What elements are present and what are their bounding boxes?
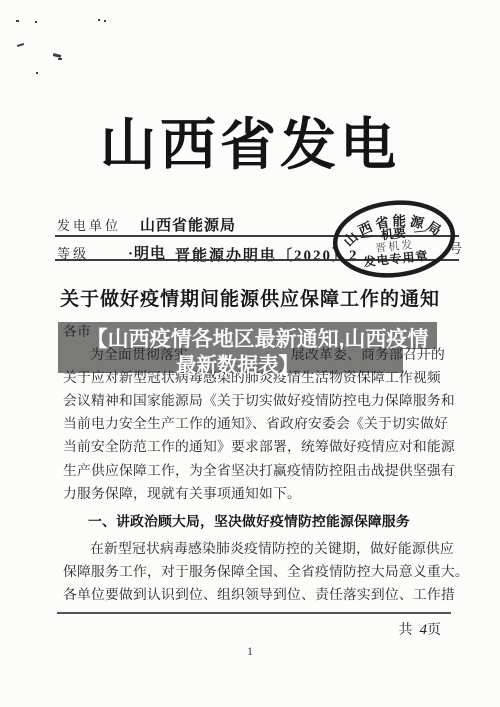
section-heading: 一、讲政治顾大局，坚决做好疫情防控能源保障服务 <box>63 510 445 533</box>
page-number: 1 <box>0 644 500 659</box>
document-title: 山西省发电 <box>0 101 500 181</box>
official-stamp: 山西省能源局 — 机要 — 晋机发 发电专用章 <box>327 192 461 286</box>
body-line: 生产供应保障工作，为全省坚决打赢疫情防控阻击战提供坚强有 <box>63 459 445 482</box>
body-line: 在新型冠状病毒感染肺炎疫情防控的关键期，做好能源供应 <box>63 537 445 560</box>
body-line: 力服务保障，现就有关事项通知如下。 <box>63 482 445 505</box>
body-line: 保障服务工作，对于服务保障全国、全省疫情防控大局意义重大。 <box>63 560 445 583</box>
scan-speck <box>104 20 106 22</box>
total-pages-prefix: 共 <box>399 623 420 638</box>
scan-speck <box>36 72 38 74</box>
scan-speck <box>17 43 24 47</box>
total-pages-count: 4 <box>420 622 428 638</box>
scan-speck <box>16 20 19 22</box>
body-line: 当前电力安全生产工作的通知》、省政府安委会《关于切实做好 <box>63 412 445 435</box>
scan-speck <box>58 58 62 60</box>
stamp-dash-right: — <box>413 223 428 238</box>
sending-unit-label: 发电单位 <box>57 215 121 234</box>
body-line: 会议精神和国家能源局《关于切实做好疫情防控电力保障服务和 <box>63 389 445 412</box>
watermark-text-line2: 最新数据表】 <box>48 348 427 378</box>
total-pages-suffix: 页 <box>427 623 448 638</box>
body-line: 当前安全防范工作的通知》要求部署，统筹做好疫情应对和能源 <box>63 435 445 458</box>
sending-unit-value: 山西省能源局 <box>140 214 236 235</box>
scan-speck <box>98 19 100 21</box>
scan-speck <box>35 21 37 23</box>
scanned-document-page: 山西省发电 发电单位 山西省能源局 等级 ·明电 晋能源办明电〔2020〕2 号… <box>0 0 500 707</box>
stamp-dash-left: — <box>359 228 374 243</box>
footer-rule <box>57 612 451 614</box>
body-line: 各单位要做到认识到位、组织领导到位、责任落实到位、工作措 <box>63 583 445 606</box>
total-pages: 共4页 <box>0 619 448 639</box>
document-subject: 关于做好疫情期间能源供应保障工作的通知 <box>0 284 500 311</box>
